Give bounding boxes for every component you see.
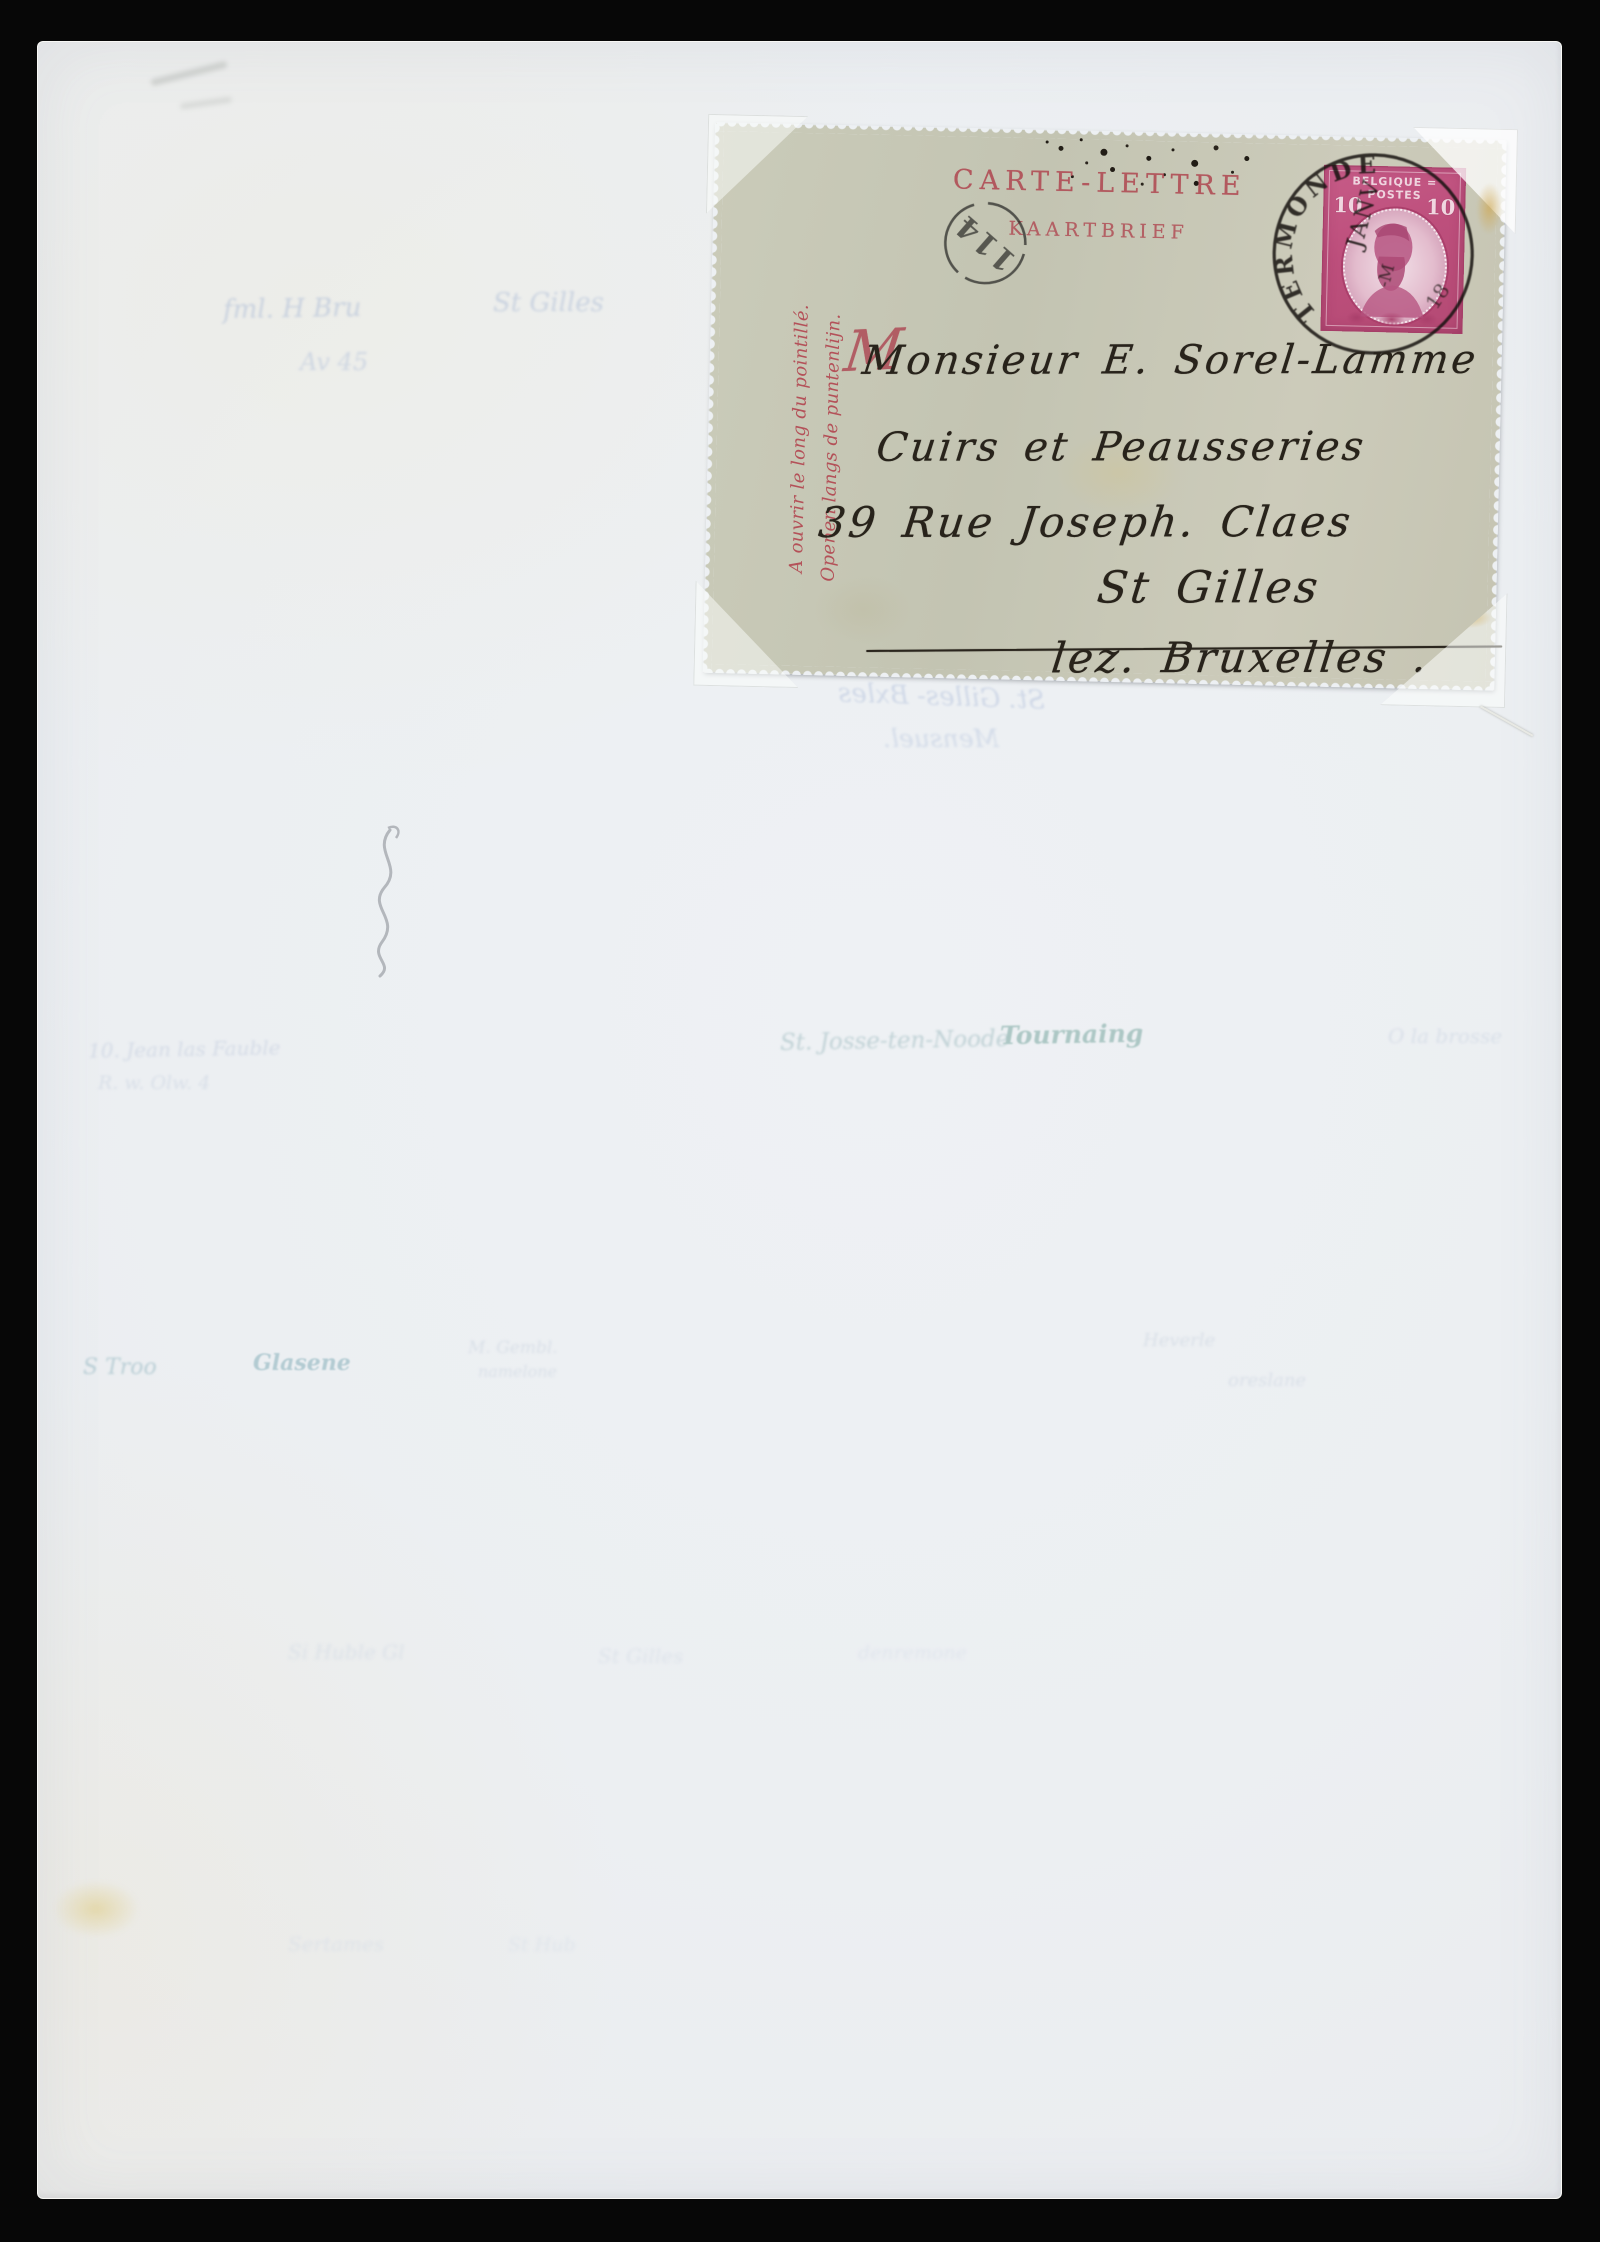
faint-annotation: Sertames bbox=[288, 1932, 384, 1956]
faint-annotation: S Troo bbox=[83, 1355, 157, 1380]
faint-annotation: St Gilles bbox=[598, 1644, 683, 1668]
faint-annotation: 10. Jean las Fauble bbox=[88, 1035, 281, 1062]
facteur-number-mark: 114 bbox=[938, 196, 1032, 290]
svg-text:18: 18 bbox=[1421, 279, 1455, 313]
faint-annotation: oreslane bbox=[1228, 1370, 1306, 1391]
faint-annotation: fml. H Bru bbox=[223, 293, 362, 325]
address-line-region: lez. Bruxelles . bbox=[1049, 633, 1433, 683]
address-line-city: St Gilles bbox=[1094, 562, 1323, 613]
svg-text:-M: -M bbox=[1374, 262, 1399, 290]
faint-annotation: Av 45 bbox=[300, 348, 368, 376]
faint-annotation: Mensuel. bbox=[883, 724, 999, 753]
faint-annotation: Si Huble Gl bbox=[288, 1640, 405, 1664]
faint-annotation: denremone bbox=[858, 1642, 967, 1664]
postmark-termonde: TERMONDE 18 JANV -M bbox=[1263, 144, 1484, 365]
faint-annotation: R. w. Olw. 4 bbox=[98, 1072, 210, 1094]
letter-card[interactable]: CARTE-LETTRE KAARTBRIEF A ouvrir le long… bbox=[704, 123, 1506, 690]
faint-annotation: Tournaing bbox=[1000, 1019, 1144, 1050]
faint-annotation: Heverle bbox=[1143, 1330, 1215, 1351]
faint-annotation: M. Gembl. bbox=[468, 1338, 558, 1358]
address-line-street: 39 Rue Joseph. Claes bbox=[816, 497, 1356, 547]
svg-text:114: 114 bbox=[948, 207, 1023, 279]
address-line-trade: Cuirs et Peausseries bbox=[874, 424, 1369, 471]
faint-annotation: St Gilles bbox=[493, 288, 604, 318]
scanned-album-page: fml. H BruSt GillesAv 45St. Gilles- Bxle… bbox=[0, 0, 1600, 2242]
svg-text:JANV: JANV bbox=[1341, 176, 1385, 253]
faint-annotation: St. Gilles- Bxles bbox=[838, 678, 1046, 715]
address-line-name: Monsieur E. Sorel-Lamme bbox=[860, 337, 1481, 384]
faint-annotation: St. Josse-ten-Noode bbox=[780, 1026, 1010, 1056]
album-page: fml. H BruSt GillesAv 45St. Gilles- Bxle… bbox=[38, 42, 1561, 2198]
faint-annotation: namelone bbox=[478, 1362, 557, 1381]
faint-annotation: St Hub bbox=[508, 1934, 576, 1956]
open-instruction-fr: A ouvrir le long du pointillé. bbox=[786, 304, 813, 573]
faint-annotation: O la brosse bbox=[1388, 1024, 1502, 1048]
svg-text:TERMONDE: TERMONDE bbox=[1263, 144, 1413, 333]
ink-speckles bbox=[1046, 140, 1049, 143]
faint-annotation: Glasene bbox=[253, 1350, 351, 1376]
